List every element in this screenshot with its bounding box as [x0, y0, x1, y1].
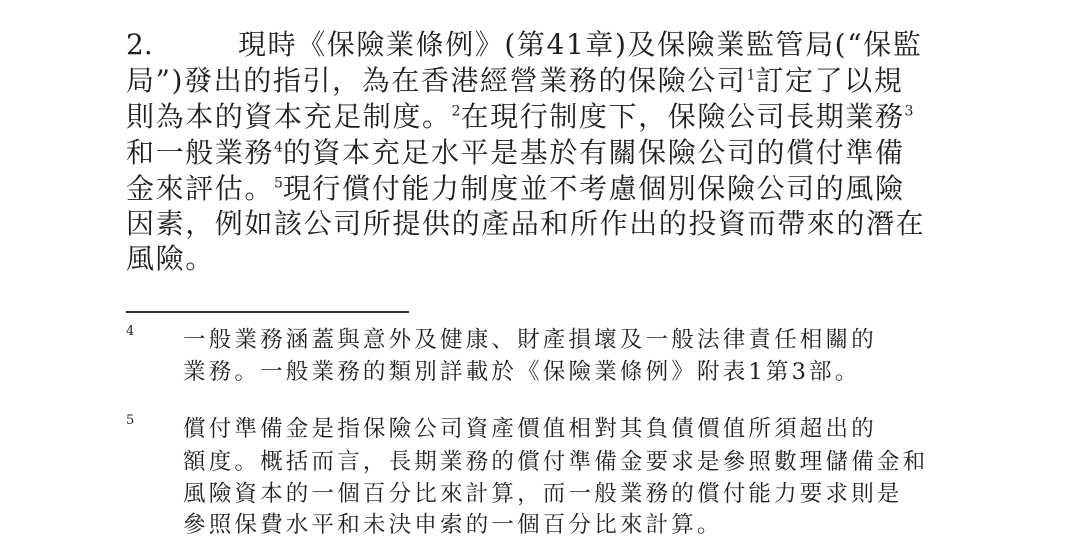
footnote-divider: [126, 311, 409, 313]
paragraph-line: 金來評估。5現行償付能力制度並不考慮個別保險公司的風險: [126, 171, 905, 207]
footnote-number: 4: [126, 324, 134, 339]
footnote-line: 參照保費水平和未決申索的一個百分比來計算。: [183, 510, 723, 540]
paragraph-line: 2.現時《保險業條例》(第41章)及保險業監管局(“保監: [126, 27, 922, 63]
paragraph-text: 金來評估。: [126, 172, 274, 205]
footnote-line: 額度。概括而言，長期業務的償付準備金要求是參照數理儲備金和: [183, 447, 928, 477]
footnote-line: 風險資本的一個百分比來計算，而一般業務的償付能力要求則是: [183, 479, 903, 509]
footnote-line: 償付準備金是指保險公司資產價值相對其負債價值所須超出的: [183, 414, 877, 444]
paragraph-line: 則為本的資本充足制度。2在現行制度下，保險公司長期業務3: [126, 99, 913, 135]
paragraph-line: 和一般業務4的資本充足水平是基於有關保險公司的償付準備: [126, 135, 905, 171]
paragraph-number: 2.: [126, 27, 238, 63]
paragraph-text: 現時《保險業條例》(第41章)及保險業監管局(“保監: [238, 28, 922, 61]
footnote-line: 業務。一般業務的類別詳載於《保險業條例》附表1第3部。: [183, 357, 861, 387]
footnote-ref[interactable]: 4: [274, 140, 283, 156]
paragraph-text: 現行償付能力制度並不考慮個別保險公司的風險: [283, 172, 905, 205]
paragraph-text: 則為本的資本充足制度。: [126, 100, 452, 133]
paragraph-text: 風險。: [126, 242, 215, 275]
footnote-line: 一般業務涵蓋與意外及健康、財產損壞及一般法律責任相關的: [183, 325, 877, 355]
paragraph-text: 的資本充足水平是基於有關保險公司的償付準備: [283, 136, 905, 169]
paragraph-text: 和一般業務: [126, 136, 274, 169]
footnote-number: 5: [126, 413, 134, 428]
paragraph-line: 因素，例如該公司所提供的產品和所作出的投資而帶來的潛在: [126, 206, 925, 242]
paragraph-line: 風險。: [126, 241, 215, 277]
paragraph-text: 在現行制度下，保險公司長期業務: [461, 100, 905, 133]
paragraph-text: 局”)發出的指引，為在香港經營業務的保險公司: [126, 64, 746, 97]
footnote-ref[interactable]: 3: [905, 104, 914, 120]
paragraph-text: 訂定了以規: [755, 64, 903, 97]
paragraph-text: 因素，例如該公司所提供的產品和所作出的投資而帶來的潛在: [126, 207, 925, 240]
footnote-ref[interactable]: 2: [452, 104, 461, 120]
paragraph-line: 局”)發出的指引，為在香港經營業務的保險公司1訂定了以規: [126, 63, 903, 99]
footnote-ref[interactable]: 5: [274, 176, 283, 192]
